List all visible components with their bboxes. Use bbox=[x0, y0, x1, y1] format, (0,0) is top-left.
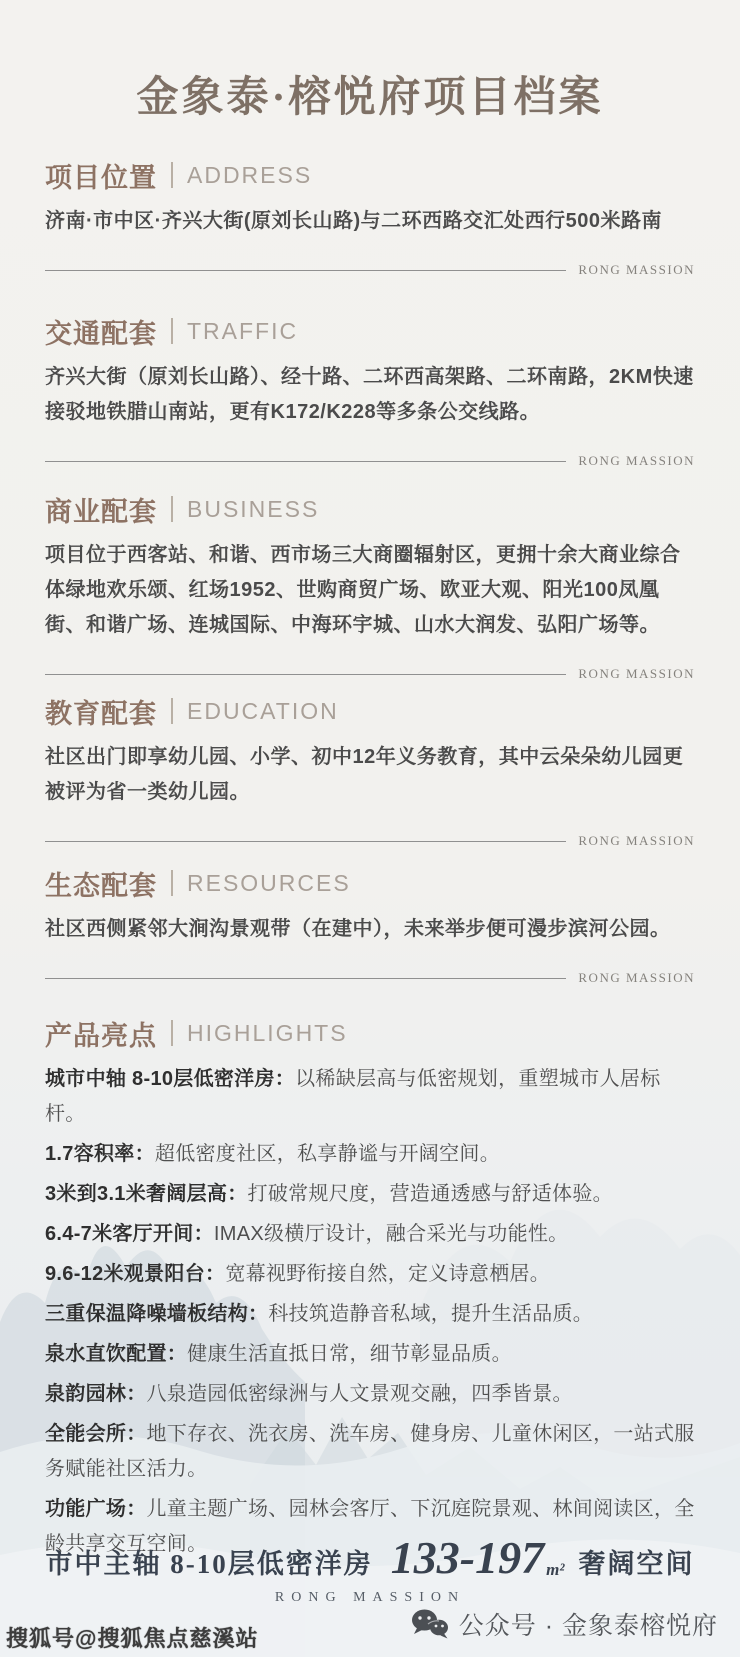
footer-tagline: 市中主轴 8-10层低密洋房 133-197 m² 奢阔空间 bbox=[0, 1538, 740, 1581]
section-title-en: HIGHLIGHTS bbox=[187, 1020, 348, 1047]
section-title-en: RESOURCES bbox=[187, 870, 351, 897]
highlight-item: 3米到3.1米奢阔层高：打破常规尺度，营造通透感与舒适体验。 bbox=[45, 1177, 695, 1212]
section-business: 商业配套 BUSINESS 项目位于西客站、和谐、西市场三大商圈辐射区，更拥十余… bbox=[45, 492, 695, 683]
highlight-item: 1.7容积率：超低密度社区，私享静谧与开阔空间。 bbox=[45, 1137, 695, 1172]
footer-brand-label: RONG MASSION bbox=[0, 1590, 740, 1606]
section-title-zh: 生态配套 bbox=[45, 864, 157, 903]
section-body-text: 齐兴大街（原刘长山路）、经十路、二环西高架路、二环南路，2KM快速接驳地铁腊山南… bbox=[45, 360, 695, 430]
header-separator-bar bbox=[171, 1020, 173, 1046]
section-title-en: EDUCATION bbox=[187, 698, 339, 725]
section-title-zh: 项目位置 bbox=[45, 156, 157, 195]
souhu-watermark: 搜狐号@搜狐焦点慈溪站 bbox=[6, 1622, 258, 1653]
divider-line bbox=[45, 841, 566, 842]
section-header: 教育配套 EDUCATION bbox=[45, 694, 695, 728]
highlight-item: 全能会所：地下存衣、洗衣房、洗车房、健身房、儿童休闲区，一站式服务赋能社区活力。 bbox=[45, 1417, 695, 1487]
section-divider: RONG MASSION bbox=[45, 969, 695, 987]
section-resources: 生态配套 RESOURCES 社区西侧紧邻大涧沟景观带（在建中），未来举步便可漫… bbox=[45, 866, 695, 987]
section-education: 教育配套 EDUCATION 社区出门即享幼儿园、小学、初中12年义务教育，其中… bbox=[45, 694, 695, 850]
wechat-account-row: 公众号 · 金象泰榕悦府 bbox=[411, 1606, 718, 1642]
divider-brand-label: RONG MASSION bbox=[578, 970, 695, 986]
header-separator-bar bbox=[171, 496, 173, 522]
divider-line bbox=[45, 978, 566, 979]
section-divider: RONG MASSION bbox=[45, 452, 695, 470]
section-title-en: ADDRESS bbox=[187, 162, 312, 189]
header-separator-bar bbox=[171, 318, 173, 344]
section-header: 产品亮点 HIGHLIGHTS bbox=[45, 1016, 695, 1050]
divider-line bbox=[45, 461, 566, 462]
section-title-zh: 商业配套 bbox=[45, 490, 157, 529]
section-body-text: 社区西侧紧邻大涧沟景观带（在建中），未来举步便可漫步滨河公园。 bbox=[45, 912, 695, 947]
highlight-item: 泉韵园林：八泉造园低密绿洲与人文景观交融，四季皆景。 bbox=[45, 1377, 695, 1412]
page-title: 金象泰·榕悦府项目档案 bbox=[0, 64, 740, 124]
section-header: 交通配套 TRAFFIC bbox=[45, 314, 695, 348]
wechat-account-label: 公众号 · 金象泰榕悦府 bbox=[459, 1606, 718, 1642]
tagline-right: 奢阔空间 bbox=[578, 1542, 694, 1581]
section-highlights: 产品亮点 HIGHLIGHTS 城市中轴 8-10层低密洋房：以稀缺层高与低密规… bbox=[45, 1016, 695, 1567]
section-header: 生态配套 RESOURCES bbox=[45, 866, 695, 900]
section-body-text: 社区出门即享幼儿园、小学、初中12年义务教育，其中云朵朵幼儿园更被评为省一类幼儿… bbox=[45, 740, 695, 810]
divider-brand-label: RONG MASSION bbox=[578, 666, 695, 682]
highlight-list: 城市中轴 8-10层低密洋房：以稀缺层高与低密规划，重塑城市人居标杆。 1.7容… bbox=[45, 1062, 695, 1562]
highlight-item: 三重保温降噪墙板结构：科技筑造静音私域，提升生活品质。 bbox=[45, 1297, 695, 1332]
section-body-text: 项目位于西客站、和谐、西市场三大商圈辐射区，更拥十余大商业综合体绿地欢乐颂、红场… bbox=[45, 538, 695, 643]
divider-line bbox=[45, 270, 566, 271]
highlight-item: 城市中轴 8-10层低密洋房：以稀缺层高与低密规划，重塑城市人居标杆。 bbox=[45, 1062, 695, 1132]
section-traffic: 交通配套 TRAFFIC 齐兴大街（原刘长山路）、经十路、二环西高架路、二环南路… bbox=[45, 314, 695, 470]
section-title-zh: 交通配套 bbox=[45, 312, 157, 351]
section-title-zh: 教育配套 bbox=[45, 692, 157, 731]
highlight-item: 9.6-12米观景阳台：宽幕视野衔接自然，定义诗意栖居。 bbox=[45, 1257, 695, 1292]
project-archive-poster: 金象泰·榕悦府项目档案 项目位置 ADDRESS 济南·市中区·齐兴大街(原刘长… bbox=[0, 0, 740, 1657]
header-separator-bar bbox=[171, 698, 173, 724]
header-separator-bar bbox=[171, 870, 173, 896]
section-body-text: 济南·市中区·齐兴大街(原刘长山路)与二环西路交汇处西行500米路南 bbox=[45, 204, 695, 239]
section-address: 项目位置 ADDRESS 济南·市中区·齐兴大街(原刘长山路)与二环西路交汇处西… bbox=[45, 158, 695, 279]
section-divider: RONG MASSION bbox=[45, 665, 695, 683]
area-range: 133-197 bbox=[391, 1538, 544, 1578]
divider-brand-label: RONG MASSION bbox=[578, 453, 695, 469]
divider-brand-label: RONG MASSION bbox=[578, 262, 695, 278]
section-header: 商业配套 BUSINESS bbox=[45, 492, 695, 526]
section-divider: RONG MASSION bbox=[45, 261, 695, 279]
area-unit: m² bbox=[546, 1560, 564, 1580]
section-title-en: TRAFFIC bbox=[187, 318, 298, 345]
tagline-left: 市中主轴 8-10层低密洋房 bbox=[46, 1542, 373, 1581]
header-separator-bar bbox=[171, 162, 173, 188]
divider-line bbox=[45, 674, 566, 675]
divider-brand-label: RONG MASSION bbox=[578, 833, 695, 849]
highlight-item: 6.4-7米客厅开间：IMAX级横厅设计，融合采光与功能性。 bbox=[45, 1217, 695, 1252]
wechat-icon bbox=[411, 1608, 449, 1640]
section-header: 项目位置 ADDRESS bbox=[45, 158, 695, 192]
section-title-en: BUSINESS bbox=[187, 496, 319, 523]
section-divider: RONG MASSION bbox=[45, 832, 695, 850]
highlight-item: 泉水直饮配置：健康生活直抵日常，细节彰显品质。 bbox=[45, 1337, 695, 1372]
section-title-zh: 产品亮点 bbox=[45, 1014, 157, 1053]
